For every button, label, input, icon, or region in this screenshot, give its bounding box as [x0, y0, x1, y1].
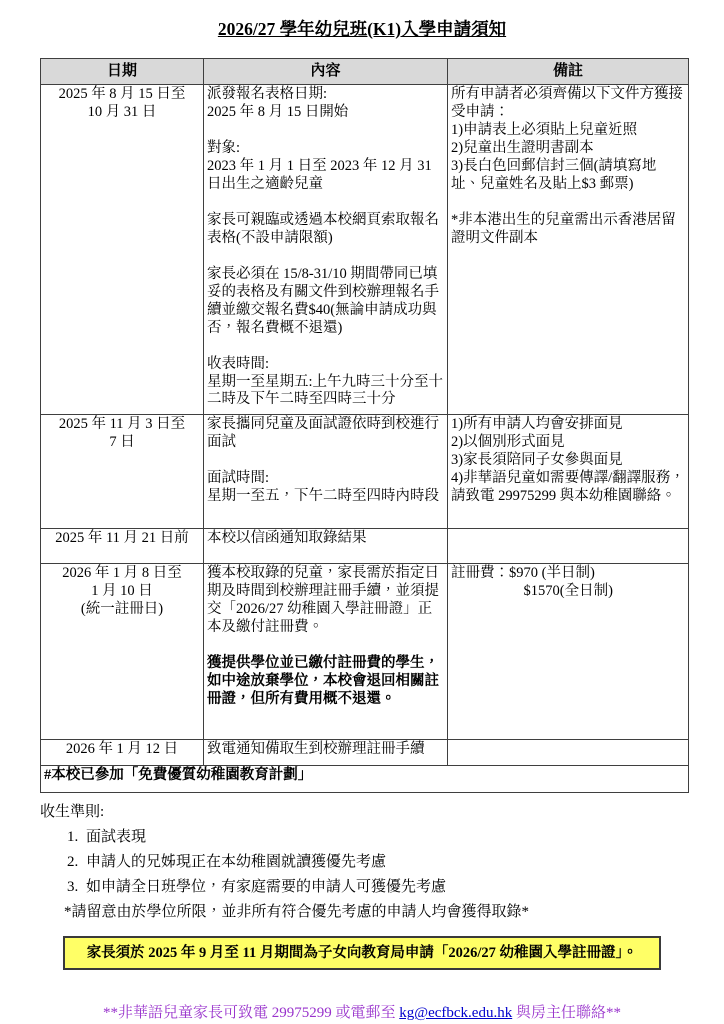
scheme-participation-note: #本校已參加「免費優質幼稚園教育計劃」 [41, 766, 689, 793]
row1-date: 2025 年 8 月 15 日至 10 月 31 日 [41, 85, 204, 415]
table-row: 2026 年 1 月 8 日至 1 月 10 日 (統一註冊日) 獲本校取錄的兒… [41, 564, 689, 740]
row4-remarks: 註冊費：$970 (半日制) $1570(全日制) [448, 564, 689, 740]
table-row: 2025 年 11 月 21 日前 本校以信函通知取錄結果 [41, 529, 689, 564]
column-header-remarks: 備註 [448, 59, 689, 85]
contact-note-suffix: 與房主任聯絡** [512, 1005, 621, 1021]
row3-date: 2025 年 11 月 21 日前 [41, 529, 204, 564]
row1-remarks: 所有申請者必須齊備以下文件方獲接受申請： 1)申請表上必須貼上兒童近照 2)兒童… [448, 85, 689, 415]
row5-content: 致電通知備取生到校辦理註冊手續 [204, 740, 448, 766]
row2-date: 2025 年 11 月 3 日至 7 日 [41, 415, 204, 529]
row4-content: 獲本校取錄的兒童，家長需於指定日期及時間到校辦理註冊手續，並須提交「2026/2… [204, 564, 448, 740]
criteria-list: 面試表現 申請人的兄姊現正在本幼稚園就讀獲優先考慮 如申請全日班學位，有家庭需要… [82, 825, 724, 900]
table-row: 2025 年 11 月 3 日至 7 日 家長攜同兒童及面試證依時到校進行面試 … [41, 415, 689, 529]
non-chinese-speaking-contact-note: **非華語兒童家長可致電 29975299 或電郵至 kg@ecfbck.edu… [0, 1001, 724, 1022]
row2-remarks: 1)所有申請人均會安排面見 2)以個別形式面見 3)家長須陪同子女參與面見 4)… [448, 415, 689, 529]
registration-certificate-highlight-box: 家長須於 2025 年 9 月至 11 月期間為子女向教育局申請「2026/27… [63, 936, 661, 970]
row1-content: 派發報名表格日期: 2025 年 8 月 15 日開始 對象: 2023 年 1… [204, 85, 448, 415]
criteria-item: 面試表現 [82, 825, 724, 850]
document-page: 2026/27 學年幼兒班(K1)入學申請須知 日期 內容 備註 2025 年 … [0, 0, 724, 1024]
row5-remarks [448, 740, 689, 766]
admission-schedule-table: 日期 內容 備註 2025 年 8 月 15 日至 10 月 31 日 派發報名… [40, 58, 689, 793]
row3-content: 本校以信函通知取錄結果 [204, 529, 448, 564]
row4-date: 2026 年 1 月 8 日至 1 月 10 日 (統一註冊日) [41, 564, 204, 740]
row4-content-paragraph: 獲本校取錄的兒童，家長需於指定日期及時間到校辦理註冊手續，並須提交「2026/2… [207, 565, 444, 637]
table-header-row: 日期 內容 備註 [41, 59, 689, 85]
criteria-limitation-note: *請留意由於學位所限，並非所有符合優先考慮的申請人均會獲得取錄* [64, 900, 724, 925]
criteria-item: 申請人的兄姊現正在本幼稚園就讀獲優先考慮 [82, 850, 724, 875]
table-row: 2026 年 1 月 12 日 致電通知備取生到校辦理註冊手續 [41, 740, 689, 766]
criteria-item: 如申請全日班學位，有家庭需要的申請人可獲優先考慮 [82, 875, 724, 900]
admission-criteria-section: 收生準則: 面試表現 申請人的兄姊現正在本幼稚園就讀獲優先考慮 如申請全日班學位… [40, 800, 724, 925]
criteria-heading: 收生準則: [40, 800, 724, 825]
contact-note-prefix: **非華語兒童家長可致電 29975299 或電郵至 [103, 1005, 399, 1021]
table-footer-row: #本校已參加「免費優質幼稚園教育計劃」 [41, 766, 689, 793]
row2-content: 家長攜同兒童及面試證依時到校進行面試 面試時間: 星期一至五，下午二時至四時內時… [204, 415, 448, 529]
row4-content-bold-paragraph: 獲提供學位並已繳付註冊費的學生，如中途放棄學位，本校會退回相關註冊證，但所有費用… [207, 655, 444, 709]
row3-remarks [448, 529, 689, 564]
table-row: 2025 年 8 月 15 日至 10 月 31 日 派發報名表格日期: 202… [41, 85, 689, 415]
column-header-content: 內容 [204, 59, 448, 85]
row5-date: 2026 年 1 月 12 日 [41, 740, 204, 766]
page-title: 2026/27 學年幼兒班(K1)入學申請須知 [0, 16, 724, 41]
column-header-date: 日期 [41, 59, 204, 85]
email-link[interactable]: kg@ecfbck.edu.hk [399, 1005, 512, 1021]
